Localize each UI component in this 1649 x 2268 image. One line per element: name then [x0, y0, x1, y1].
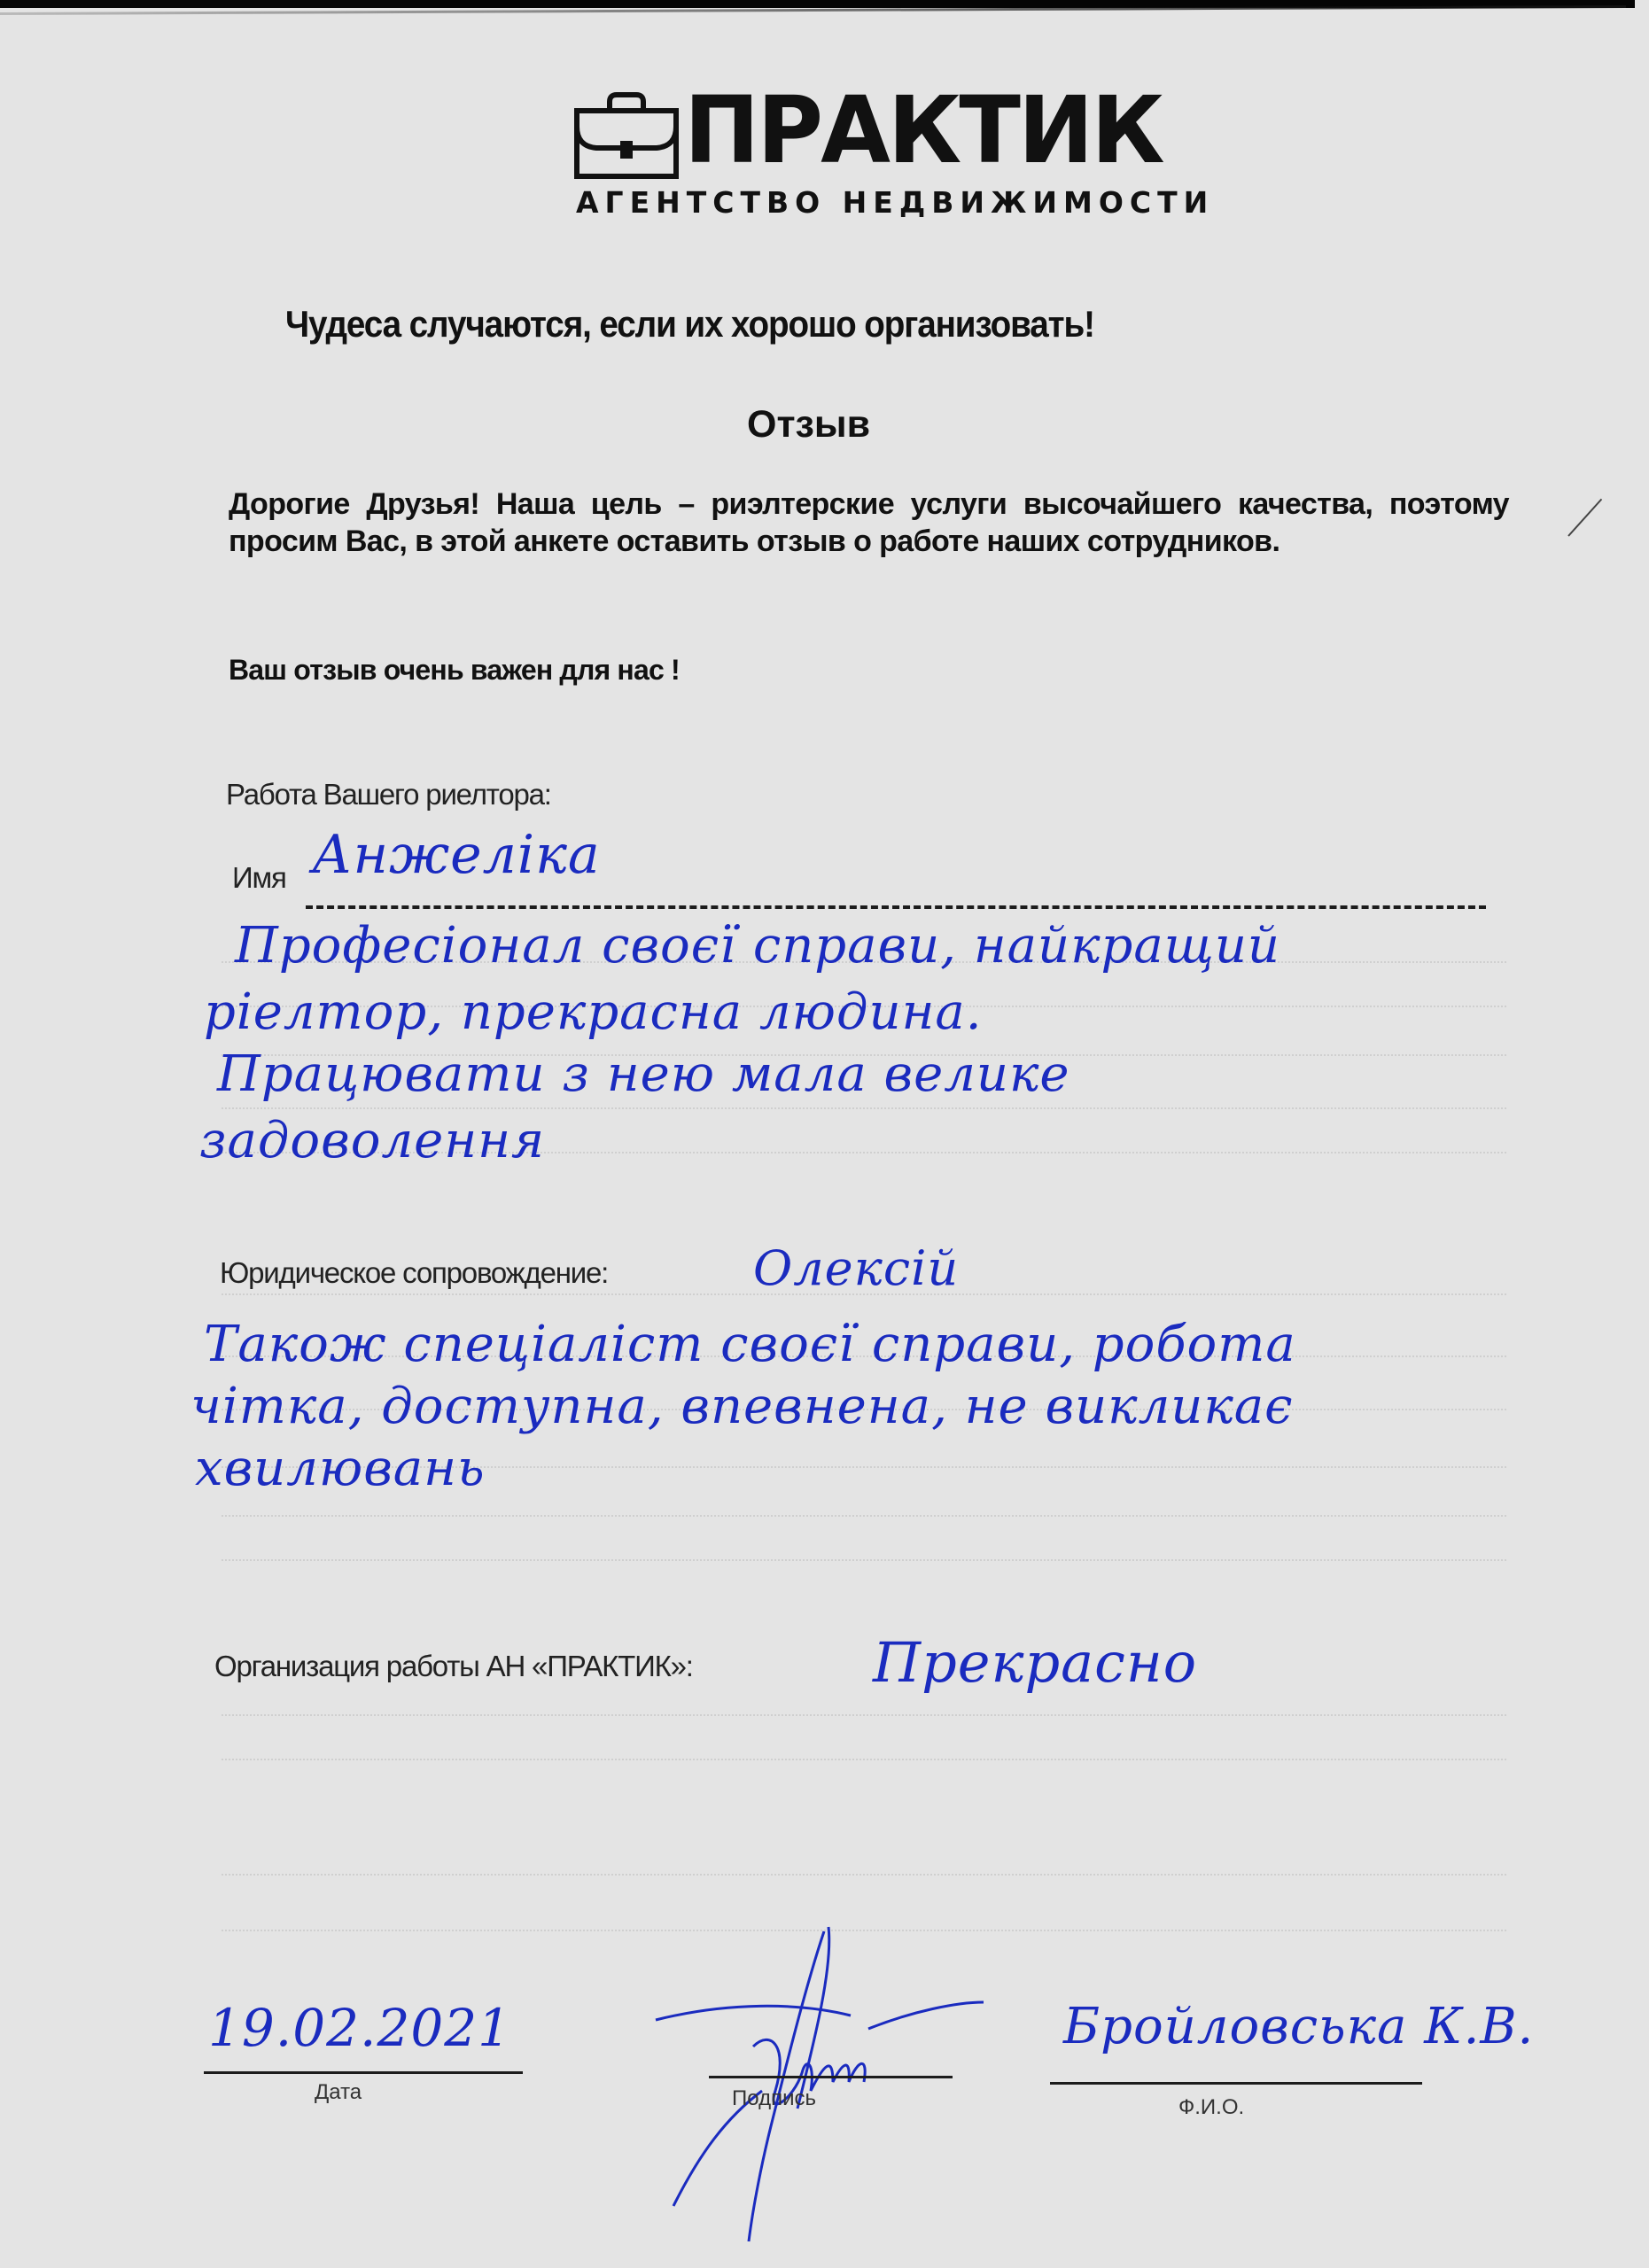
name-underline [306, 905, 1486, 909]
date-handwritten: 19.02.2021 [208, 1998, 511, 2058]
fio-handwritten: Бройловська К.В. [1063, 1998, 1534, 2055]
date-caption: Дата [315, 2080, 362, 2105]
organization-value-handwritten: Прекрасно [873, 1630, 1197, 1695]
realtor-review-line: задоволення [199, 1112, 545, 1169]
page-title: Отзыв [747, 403, 870, 447]
intro-paragraph: Дорогие Друзья! Наша цель – риэлтерские … [229, 485, 1509, 560]
realtor-review-line: ріелтор, прекрасна людина. [204, 983, 983, 1041]
slogan: Чудеса случаются, если их хорошо организ… [285, 303, 1094, 346]
logo-name: ПРАКТИК [684, 84, 1163, 176]
name-label: Имя [232, 861, 286, 895]
legal-name-handwritten: Олексій [753, 1240, 959, 1296]
ruled-line [222, 1714, 1506, 1716]
intro-important: Ваш отзыв очень важен для нас ! [229, 654, 680, 687]
margin-pen-mark [1567, 499, 1602, 537]
legal-review-line: Також спеціаліст своєї справи, робота [204, 1316, 1296, 1373]
fio-line [1050, 2082, 1422, 2085]
company-logo: ПРАКТИК АГЕНТСТВО НЕДВИЖИМОСТИ [574, 91, 1186, 224]
legal-review-line: хвилювань [195, 1440, 486, 1497]
briefcase-icon [574, 91, 681, 180]
handwritten-signature-icon [620, 1914, 1028, 2250]
legal-section-label: Юридическое сопровождение: [220, 1256, 608, 1290]
ruled-line [222, 1515, 1506, 1517]
signature-line [709, 2076, 953, 2078]
realtor-review-line: Працювати з нею мала велике [217, 1045, 1070, 1103]
fio-caption: Ф.И.О. [1178, 2095, 1244, 2120]
ruled-line [222, 1107, 1506, 1109]
realtor-name-handwritten: Анжеліка [312, 824, 601, 886]
realtor-review-line: Професіонал своєї справи, найкращий [235, 917, 1280, 975]
logo-subtitle: АГЕНТСТВО НЕДВИЖИМОСТИ [576, 185, 1214, 220]
realtor-section-label: Работа Вашего риелтора: [226, 778, 551, 812]
signature-caption: Подпись [732, 2086, 816, 2111]
ruled-line [222, 1874, 1506, 1876]
organization-section-label: Организация работы АН «ПРАКТИК»: [214, 1650, 693, 1683]
legal-review-line: чітка, доступна, впевнена, не викликає [191, 1378, 1294, 1435]
ruled-line [222, 1759, 1506, 1760]
ruled-line [222, 1559, 1506, 1561]
date-line [204, 2071, 523, 2074]
